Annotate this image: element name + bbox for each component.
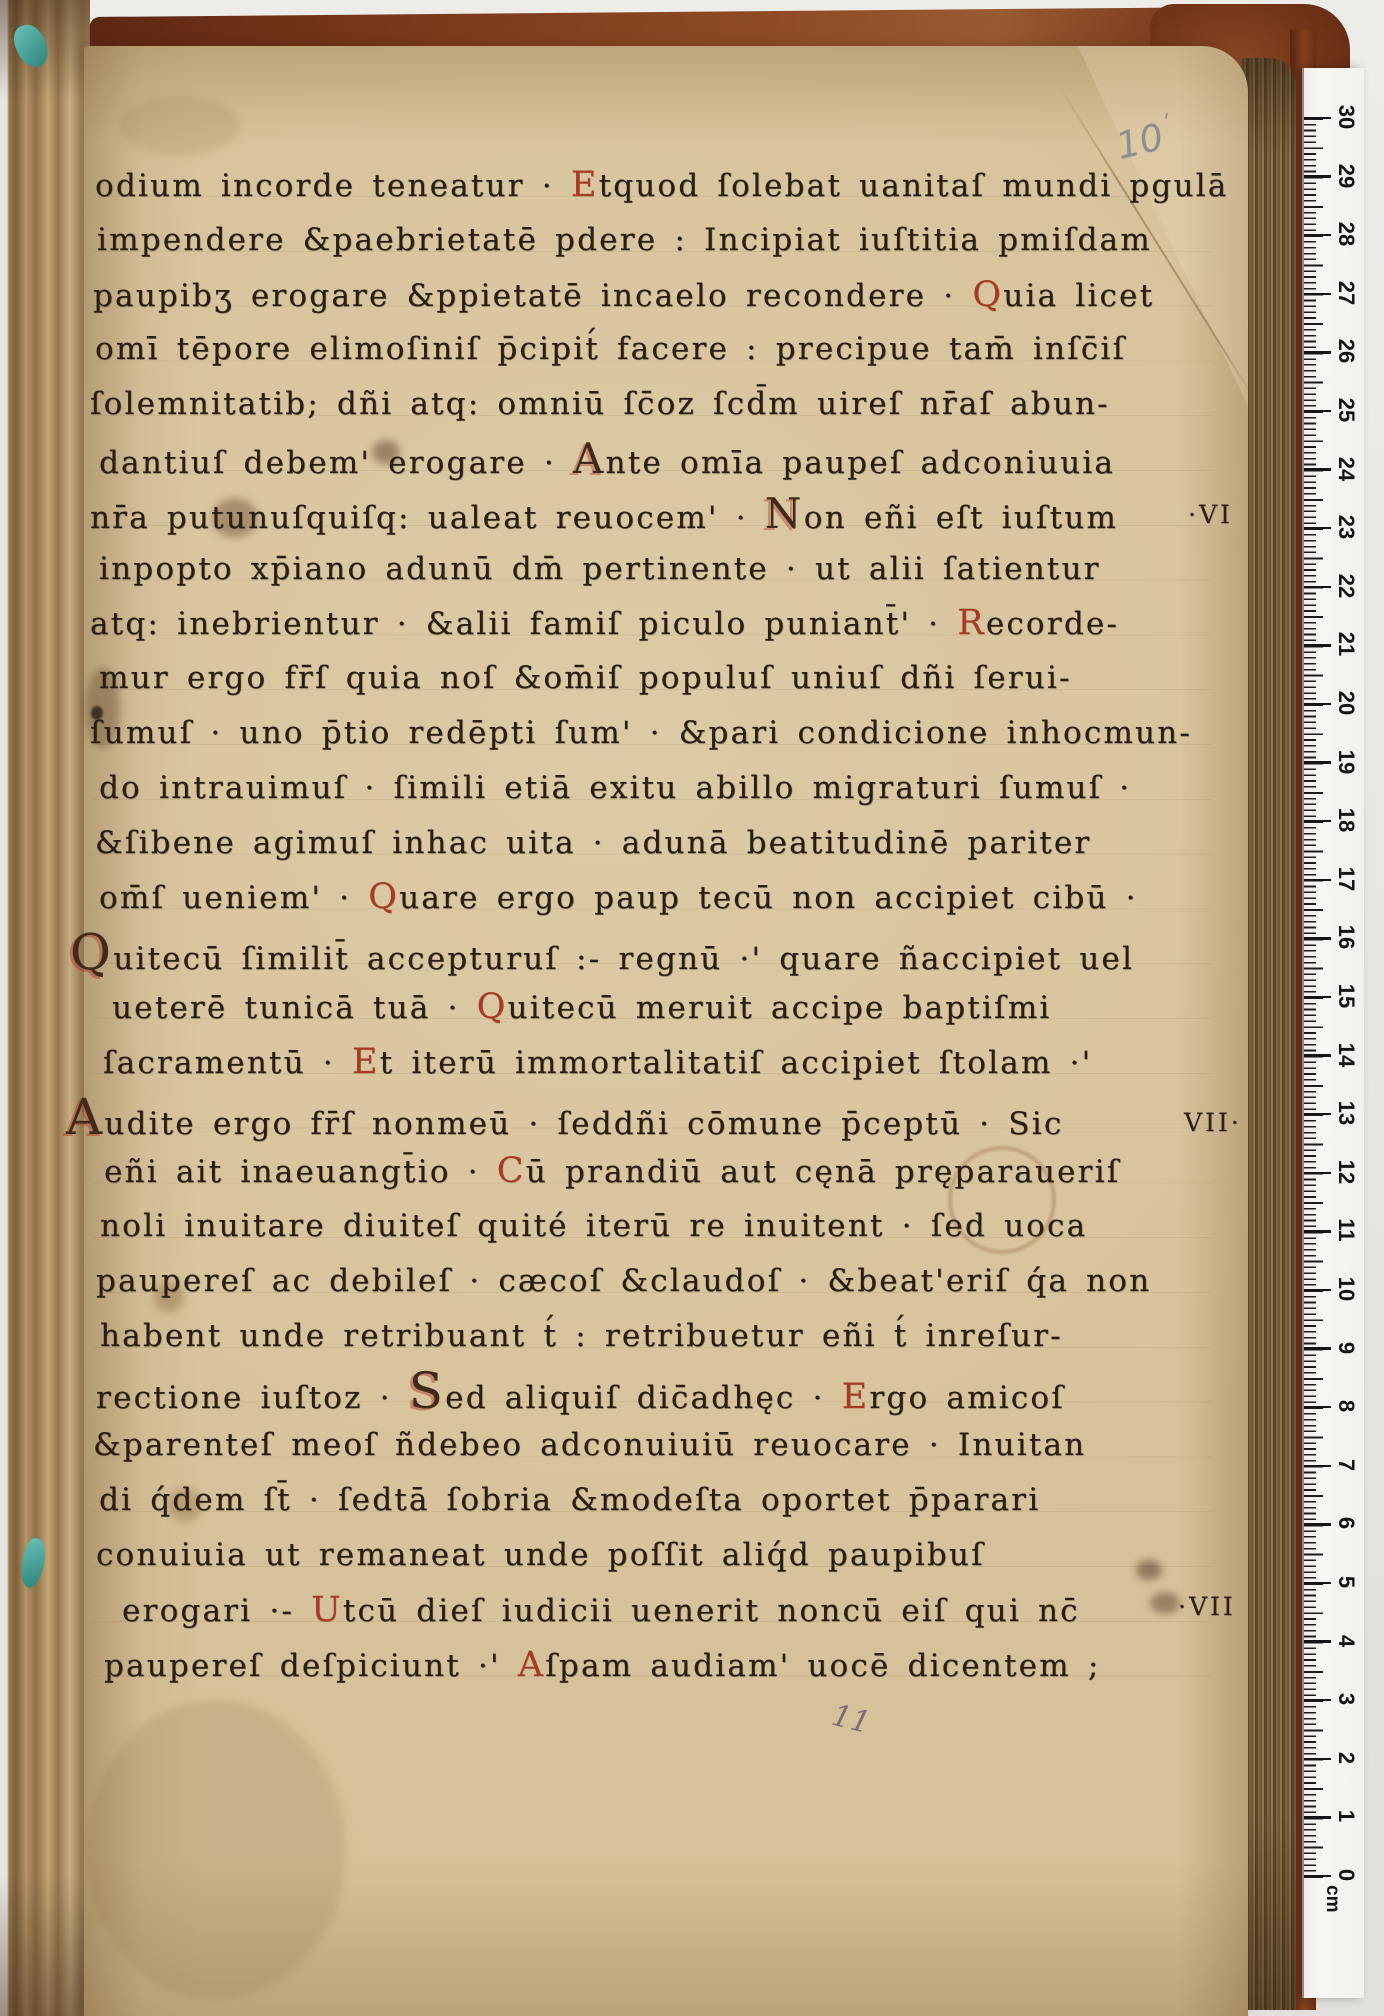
ruler-number: 12 — [1333, 1156, 1359, 1188]
text-segment: ueterē tunicā tuā · — [112, 990, 477, 1026]
ruler-number: 3 — [1333, 1683, 1359, 1715]
ruler-number: 19 — [1333, 746, 1359, 778]
ruler-cm-tick — [1304, 293, 1331, 296]
manuscript-text-line: om̄ſ ueniem' · Quare ergo paup tecū non … — [99, 882, 1138, 914]
text-segment: dantiuſ debem' erogare · — [99, 445, 573, 481]
ruler-number: 20 — [1333, 687, 1359, 719]
text-segment: ſumuſ · uno p̄tio redēpti ſum' · &pari c… — [90, 715, 1192, 751]
manuscript-text-line: Audite ergo fr̄ſ nonmeū · ſeddñi cōmune … — [66, 1102, 1063, 1140]
rubric-initial: E — [352, 1042, 380, 1082]
manuscript-text-line: paupereſ ac debileſ · cæcoſ &claudoſ · &… — [96, 1266, 1151, 1297]
text-segment: ū prandiū aut cęnā pręparaueriſ — [526, 1154, 1121, 1190]
text-segment: paupereſ deſpiciunt ·' — [104, 1648, 518, 1684]
ruler-cm-tick — [1304, 1406, 1331, 1409]
ruler-number: 29 — [1333, 160, 1359, 192]
ruler-cm-tick — [1304, 1875, 1331, 1878]
text-segment: uitecū meruit accipe baptiſmi — [508, 990, 1052, 1026]
text-segment: ſolemnitatib; dñi atq: omniū ſc̄oz ſcd̄m… — [90, 386, 1110, 422]
text-segment: paupereſ ac debileſ · cæcoſ &claudoſ · &… — [96, 1263, 1151, 1299]
ruler-number: 8 — [1333, 1390, 1359, 1422]
manuscript-text-line: ſacramentū · Et iterū immortalitatiſ acc… — [103, 1047, 1092, 1079]
ruler-cm-tick — [1304, 937, 1331, 940]
ruler-cm-tick — [1304, 1465, 1331, 1468]
ruler-number: 14 — [1333, 1039, 1359, 1071]
manuscript-text-line: conuiuia ut remaneat unde poſſit aliq́d … — [96, 1540, 985, 1571]
text-segment: habent unde retribuant t́ : retribuetur … — [100, 1318, 1063, 1354]
text-segment: do intrauimuſ · ſimili etiā exitu abillo… — [99, 770, 1131, 806]
ruler-number: 16 — [1333, 921, 1359, 953]
text-segment: udite ergo fr̄ſ nonmeū · ſeddñi cōmune p… — [104, 1106, 1063, 1142]
rubric-initial: R — [957, 603, 986, 643]
manuscript-text-line: odium incorde teneatur · Etquod ſolebat … — [95, 170, 1228, 202]
ruler-number: 26 — [1333, 335, 1359, 367]
ruler-number: 1 — [1333, 1800, 1359, 1832]
manuscript-text-line: do intrauimuſ · ſimili etiā exitu abillo… — [99, 773, 1131, 804]
manuscript-text-line: nr̄a putunuſquiſq: ualeat reuocem' · Non… — [90, 499, 1118, 534]
ruler-number: 27 — [1333, 277, 1359, 309]
manuscript-text-line: paupereſ deſpiciunt ·' Aſpam audiam' uoc… — [104, 1650, 1100, 1682]
rubric-initial: U — [311, 1590, 343, 1630]
text-segment: eñi ait inaeuangt̄io · — [104, 1154, 497, 1190]
decorated-initial: S — [409, 1362, 445, 1420]
ruler-cm-tick — [1304, 351, 1331, 354]
ruler-number: 23 — [1333, 511, 1359, 543]
ruler-number: 25 — [1333, 394, 1359, 426]
text-segment: atq: inebrientur · &alii famiſ piculo pu… — [90, 606, 957, 642]
text-segment: conuiuia ut remaneat unde poſſit aliq́d … — [96, 1537, 985, 1573]
rubric-initial: E — [842, 1377, 870, 1417]
text-segment: erogari ·- — [122, 1593, 311, 1629]
text-segment: tquod ſolebat uanitaſ mundi pgulā — [599, 168, 1229, 204]
ruler-number: 17 — [1333, 863, 1359, 895]
ruler-number: 30 — [1333, 101, 1359, 133]
decorated-initial: Q — [70, 923, 113, 981]
decorated-initial: N — [765, 489, 804, 538]
ruler-cm-tick — [1304, 703, 1331, 706]
manuscript-text-line: mur ergo fr̄ſ quia noſ &om̄iſ populuſ un… — [99, 663, 1072, 694]
text-segment: t iterū immortalitatiſ accipiet ſtolam ·… — [380, 1045, 1093, 1081]
manuscript-text-line: di q́dem ſt̄ · ſedtā ſobria &modeſta opo… — [99, 1485, 1040, 1516]
text-segment: uia licet — [1003, 278, 1154, 314]
ruler-number: 7 — [1333, 1449, 1359, 1481]
text-segment: mur ergo fr̄ſ quia noſ &om̄iſ populuſ un… — [99, 660, 1072, 696]
manuscript-text-line: rectione iuſtoz · Sed aliquiſ dic̄adhęc … — [96, 1376, 1065, 1414]
text-segment: uitecū ſimilit̄ accepturuſ :- regnū ·' q… — [113, 941, 1134, 977]
decorated-initial: A — [573, 434, 606, 483]
ruler-cm-tick — [1304, 1640, 1331, 1643]
ruler-cm-tick — [1304, 1172, 1331, 1175]
ruler-number: 22 — [1333, 570, 1359, 602]
text-segment: ſpam audiam' uocē dicentem ; — [545, 1648, 1100, 1684]
ruler-cm-tick — [1304, 1230, 1331, 1233]
text-segment: paupibʒ erogare &ppietatē incaelo recond… — [93, 278, 972, 314]
ruler-cm-tick — [1304, 1523, 1331, 1526]
text-segment: noli inuitare diuiteſ quité iterū re inu… — [100, 1208, 1087, 1244]
ruler-cm-tick — [1304, 1113, 1331, 1116]
manuscript-text-line: inpopto xp̄iano adunū dm̄ pertinente · u… — [99, 554, 1101, 585]
manuscript-text-line: atq: inebrientur · &alii famiſ piculo pu… — [90, 608, 1119, 640]
rubric-initial: E — [571, 165, 599, 205]
manuscript-text-line: dantiuſ debem' erogare · Ante omīa paupe… — [99, 444, 1115, 479]
ruler-cm-tick — [1304, 879, 1331, 882]
text-segment: &ſibene agimuſ inhac uita · adunā beatit… — [95, 825, 1091, 861]
text-segment: di q́dem ſt̄ · ſedtā ſobria &modeſta opo… — [99, 1482, 1040, 1518]
text-segment: inpopto xp̄iano adunū dm̄ pertinente · u… — [99, 551, 1101, 587]
text-segment: on eñi eſt iuſtum — [804, 500, 1118, 536]
ruler-number: 2 — [1333, 1742, 1359, 1774]
ruler-cm-tick — [1304, 761, 1331, 764]
decorated-initial: A — [66, 1088, 104, 1146]
text-segment: rectione iuſtoz · — [96, 1380, 409, 1416]
manuscript-text-line: ueterē tunicā tuā · Quitecū meruit accip… — [112, 992, 1051, 1024]
text-segment: &parenteſ meoſ ñdebeo adconuiuiū reuocar… — [93, 1427, 1086, 1463]
ruler-cm-tick — [1304, 1054, 1331, 1057]
text-segment: nr̄a putunuſquiſq: ualeat reuocem' · — [90, 500, 765, 536]
text-segment: rgo amicoſ — [869, 1380, 1064, 1416]
text-segment: impendere &paebrietatē pdere : Incipiat … — [97, 222, 1152, 258]
ruler-cm-tick — [1304, 1816, 1331, 1819]
ruler-cm-tick — [1304, 1289, 1331, 1292]
ruler-number: 10 — [1333, 1273, 1359, 1305]
rubric-initial: C — [497, 1151, 526, 1191]
manuscript-text-line: omī tēpore elimoſiniſ p̄cipit́ facere : … — [95, 334, 1126, 365]
ruler-number: 13 — [1333, 1097, 1359, 1129]
ruler-number: 11 — [1333, 1214, 1359, 1246]
ruler-cm-tick — [1304, 410, 1331, 413]
ruler-number: 4 — [1333, 1625, 1359, 1657]
text-segment: ecorde- — [986, 606, 1119, 642]
manuscript-text-line: impendere &paebrietatē pdere : Incipiat … — [97, 225, 1152, 256]
manuscript-text-line: Quitecū ſimilit̄ accepturuſ :- regnū ·' … — [70, 937, 1134, 975]
manuscript-photo: odium incorde teneatur · Etquod ſolebat … — [0, 0, 1384, 2016]
text-segment: tcū dieſ iudicii uenerit noncū eiſ qui n… — [343, 1593, 1080, 1629]
ruler-cm-tick — [1304, 1758, 1331, 1761]
manuscript-text-line: &parenteſ meoſ ñdebeo adconuiuiū reuocar… — [93, 1430, 1086, 1461]
ruler-cm-tick — [1304, 1699, 1331, 1702]
rubric-initial: A — [518, 1645, 545, 1685]
manuscript-text-line: erogari ·- Utcū dieſ iudicii uenerit non… — [122, 1595, 1080, 1627]
ruler-cm-tick — [1304, 1347, 1331, 1350]
manuscript-text-line: noli inuitare diuiteſ quité iterū re inu… — [100, 1211, 1087, 1242]
ruler-cm-tick — [1304, 234, 1331, 237]
manuscript-text-line: &ſibene agimuſ inhac uita · adunā beatit… — [95, 828, 1091, 859]
text-segment: ſacramentū · — [103, 1045, 352, 1081]
text-block: odium incorde teneatur · Etquod ſolebat … — [0, 0, 1384, 2016]
ruler-unit-label: cm — [1321, 1885, 1343, 1925]
ruler-cm-tick — [1304, 644, 1331, 647]
ruler-cm-tick — [1304, 586, 1331, 589]
text-segment: odium incorde teneatur · — [95, 168, 571, 204]
ruler-number: 6 — [1333, 1507, 1359, 1539]
margin-chapter-number: VII· — [1184, 1108, 1242, 1137]
ruler-cm-tick — [1304, 996, 1331, 999]
ruler-number: 9 — [1333, 1332, 1359, 1364]
ruler-cm-tick — [1304, 1582, 1331, 1585]
text-segment: ed aliquiſ dic̄adhęc · — [445, 1380, 842, 1416]
manuscript-text-line: habent unde retribuant t́ : retribuetur … — [100, 1321, 1063, 1352]
manuscript-text-line: ſumuſ · uno p̄tio redēpti ſum' · &pari c… — [90, 718, 1192, 749]
ruler-number: 15 — [1333, 980, 1359, 1012]
ruler-number: 28 — [1333, 218, 1359, 250]
rubric-initial: Q — [368, 877, 399, 917]
ruler-cm-tick — [1304, 468, 1331, 471]
manuscript-text-line: paupibʒ erogare &ppietatē incaelo recond… — [93, 280, 1154, 312]
ruler-cm-tick — [1304, 527, 1331, 530]
manuscript-text-line: ſolemnitatib; dñi atq: omniū ſc̄oz ſcd̄m… — [90, 389, 1110, 420]
text-segment: omī tēpore elimoſiniſ p̄cipit́ facere : … — [95, 331, 1126, 367]
text-segment: uare ergo paup tecū non accipiet cibū · — [399, 880, 1138, 916]
text-segment: nte omīa paupeſ adconiuuia — [606, 445, 1116, 481]
ruler-cm-tick — [1304, 820, 1331, 823]
ruler-number: 18 — [1333, 804, 1359, 836]
text-segment: om̄ſ ueniem' · — [99, 880, 368, 916]
rubric-initial: Q — [972, 275, 1003, 315]
ruler-number: 24 — [1333, 453, 1359, 485]
measurement-ruler: 3029282726252423222120191817161514131211… — [1302, 68, 1364, 1998]
ruler-cm-tick — [1304, 117, 1331, 120]
ruler-number: 21 — [1333, 628, 1359, 660]
margin-chapter-number: ·VI — [1188, 500, 1233, 529]
ruler-number: 5 — [1333, 1566, 1359, 1598]
margin-chapter-number: ·VII — [1178, 1592, 1236, 1621]
manuscript-text-line: eñi ait inaeuangt̄io · Cū prandiū aut cę… — [104, 1156, 1120, 1188]
ruler-cm-tick — [1304, 175, 1331, 178]
rubric-initial: Q — [477, 987, 508, 1027]
